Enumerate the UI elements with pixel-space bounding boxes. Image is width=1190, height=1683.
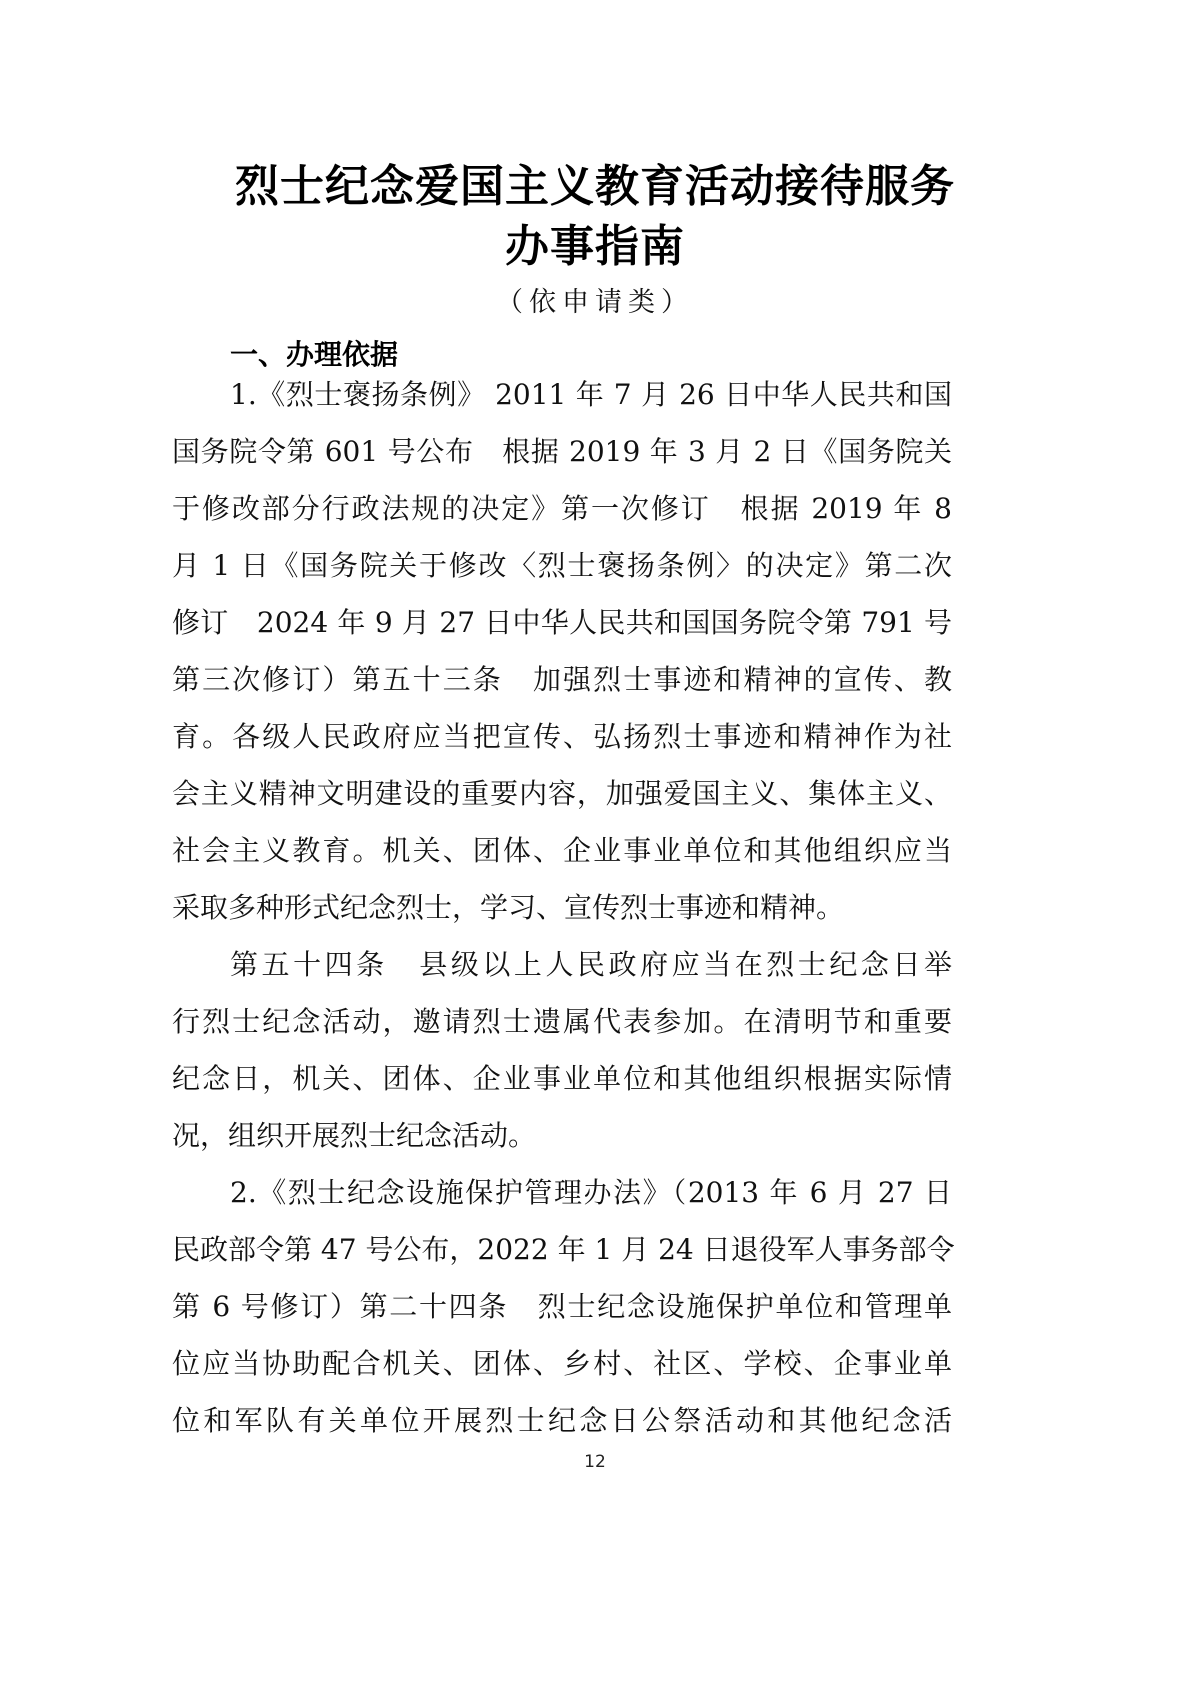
document-subtitle: （依申请类） [0, 280, 1190, 319]
text-line: 行烈士纪念活动，邀请烈士遗属代表参加。在清明节和重要 [172, 993, 952, 1050]
text-line: 1.《烈士褒扬条例》 2011 年 7 月 26 日中华人民共和国 [172, 366, 952, 423]
document-title-line-2: 办事指南 [0, 210, 1190, 274]
text-line: 修订 2024 年 9 月 27 日中华人民共和国国务院令第 791 号 [172, 594, 952, 651]
text-line: 社会主义教育。机关、团体、企业事业单位和其他组织应当 [172, 822, 952, 879]
text-line: 月 1 日《国务院关于修改〈烈士褒扬条例〉的决定》第二次 [172, 537, 952, 594]
text-line: 采取多种形式纪念烈士，学习、宣传烈士事迹和精神。 [172, 879, 952, 936]
text-line: 会主义精神文明建设的重要内容，加强爱国主义、集体主义、 [172, 765, 952, 822]
text-line: 国务院令第 601 号公布 根据 2019 年 3 月 2 日《国务院关 [172, 423, 952, 480]
page-number: 12 [0, 1452, 1190, 1472]
text-line: 位应当协助配合机关、团体、乡村、社区、学校、企事业单 [172, 1335, 952, 1392]
text-line: 位和军队有关单位开展烈士纪念日公祭活动和其他纪念活 [172, 1392, 952, 1449]
text-line: 民政部令第 47 号公布，2022 年 1 月 24 日退役军人事务部令 [172, 1221, 952, 1278]
paragraph-2: 第五十四条 县级以上人民政府应当在烈士纪念日举 行烈士纪念活动，邀请烈士遗属代表… [172, 936, 952, 1164]
paragraph-3: 2.《烈士纪念设施保护管理办法》（2013 年 6 月 27 日 民政部令第 4… [172, 1164, 952, 1449]
paragraph-1: 1.《烈士褒扬条例》 2011 年 7 月 26 日中华人民共和国 国务院令第 … [172, 366, 952, 936]
text-line: 2.《烈士纪念设施保护管理办法》（2013 年 6 月 27 日 [172, 1164, 952, 1221]
text-line: 况，组织开展烈士纪念活动。 [172, 1107, 952, 1164]
text-line: 纪念日，机关、团体、企业事业单位和其他组织根据实际情 [172, 1050, 952, 1107]
text-line: 第五十四条 县级以上人民政府应当在烈士纪念日举 [172, 936, 952, 993]
text-line: 于修改部分行政法规的决定》第一次修订 根据 2019 年 8 [172, 480, 952, 537]
text-line: 第 6 号修订）第二十四条 烈士纪念设施保护单位和管理单 [172, 1278, 952, 1335]
document-title-line-1: 烈士纪念爱国主义教育活动接待服务 [0, 150, 1190, 214]
text-line: 第三次修订）第五十三条 加强烈士事迹和精神的宣传、教 [172, 651, 952, 708]
text-line: 育。各级人民政府应当把宣传、弘扬烈士事迹和精神作为社 [172, 708, 952, 765]
